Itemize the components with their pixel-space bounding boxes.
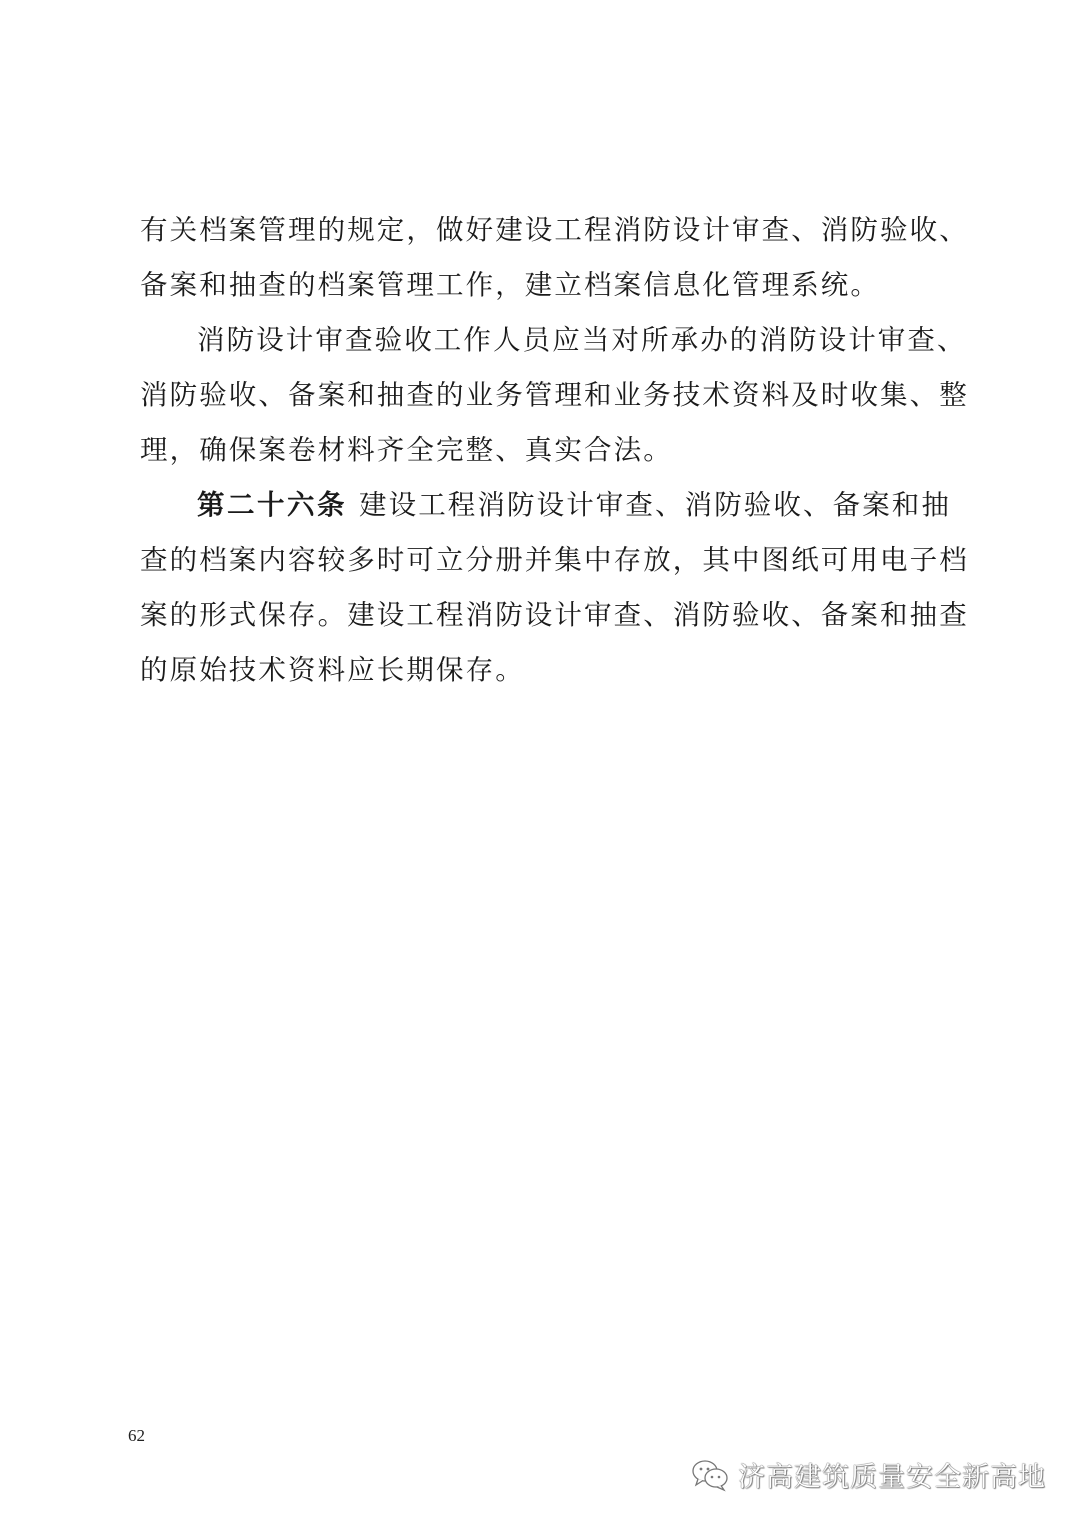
paragraph-2-line-3: 理，确保案卷材料齐全完整、真实合法。 [140, 423, 942, 478]
wechat-icon [690, 1457, 732, 1493]
paragraph-3-line-4: 的原始技术资料应长期保存。 [140, 643, 942, 698]
paragraph-1-line-2: 备案和抽查的档案管理工作，建立档案信息化管理系统。 [140, 258, 942, 313]
document-page: 有关档案管理的规定，做好建设工程消防设计审查、消防验收、 备案和抽查的档案管理工… [0, 0, 1080, 1527]
watermark-text: 济高建筑质量安全新高地 [738, 1455, 1046, 1494]
page-number: 62 [128, 1426, 145, 1446]
paragraph-2-line-1: 消防设计审查验收工作人员应当对所承办的消防设计审查、 [140, 313, 942, 368]
article-number: 第二十六条 [197, 489, 347, 521]
paragraph-3-line-2: 查的档案内容较多时可立分册并集中存放，其中图纸可用电子档 [140, 533, 942, 588]
paragraph-3-line-1: 第二十六条建设工程消防设计审查、消防验收、备案和抽 [140, 478, 942, 533]
article-text: 建设工程消防设计审查、消防验收、备案和抽 [359, 489, 951, 521]
paragraph-2-line-2: 消防验收、备案和抽查的业务管理和业务技术资料及时收集、整 [140, 368, 942, 423]
document-body: 有关档案管理的规定，做好建设工程消防设计审查、消防验收、 备案和抽查的档案管理工… [140, 203, 942, 698]
watermark: 济高建筑质量安全新高地 [690, 1455, 1046, 1494]
paragraph-1-line-1: 有关档案管理的规定，做好建设工程消防设计审查、消防验收、 [140, 203, 942, 258]
paragraph-3-line-3: 案的形式保存。建设工程消防设计审查、消防验收、备案和抽查 [140, 588, 942, 643]
